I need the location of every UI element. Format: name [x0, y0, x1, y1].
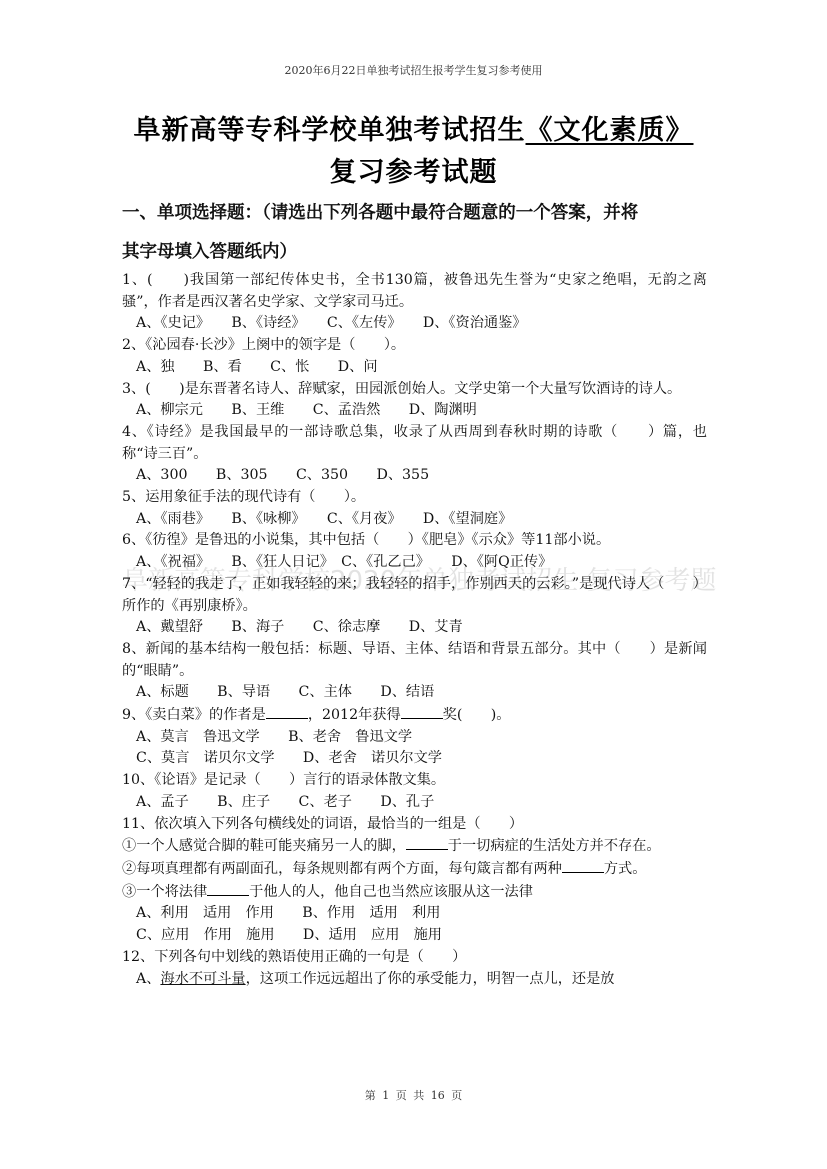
underlined-idiom: 海水不可斗量	[160, 971, 245, 987]
question-4: 4、《诗经》是我国最早的一部诗歌总集，收录了从西周到春秋时期的诗歌（ ）篇，也称…	[122, 422, 707, 465]
question-3: 3、( )是东晋著名诗人、辞赋家，田园派创始人。文学史第一个大量写饮酒诗的诗人。	[122, 379, 707, 401]
title-prefix: 阜新高等专科学校单独考试招生	[134, 115, 526, 146]
section-heading-cont: 其字母填入答题纸内）	[122, 238, 722, 263]
title-subject: 《文化素质》	[526, 115, 694, 146]
question-2: 2、《沁园春·长沙》上阕中的领字是（ ）。	[122, 335, 707, 357]
sentence-text: 方式。	[604, 861, 647, 877]
question-12-option-a: A、海水不可斗量，这项工作远远超出了你的承受能力，明智一点儿，还是放	[122, 969, 707, 991]
question-7-options: A、戴望舒 B、海子 C、徐志摩 D、艾青	[122, 617, 707, 639]
question-9-text-a: 9、《卖白菜》的作者是	[122, 707, 266, 723]
header-note: 2020年6月22日单独考试招生报考学生复习参考使用	[0, 62, 827, 78]
document-title: 阜新高等专科学校单独考试招生《文化素质》	[0, 108, 827, 147]
fill-blank	[406, 835, 448, 850]
question-list: 1、( )我国第一部纪传体史书，全书130篇，被鲁迅先生誉为“史家之绝唱，无韵之…	[122, 270, 707, 990]
question-5: 5、运用象征手法的现代诗有（ ）。	[122, 487, 707, 509]
question-11-sentence-1: ①一个人感觉合脚的鞋可能夹痛另一人的脚，于一切病症的生活处方并不存在。	[122, 835, 707, 858]
question-7: 7、“轻轻的我走了，正如我轻轻的来；我轻轻的招手，作别西天的云彩。”是现代诗人（…	[122, 574, 707, 617]
document-subtitle: 复习参考试题	[0, 150, 827, 189]
question-6-options: A、《祝福》 B、《狂人日记》 C、《孔乙己》 D、《阿Q正传》	[122, 552, 707, 574]
question-1: 1、( )我国第一部纪传体史书，全书130篇，被鲁迅先生誉为“史家之绝唱，无韵之…	[122, 270, 707, 313]
section-heading: 一、单项选择题：（请选出下列各题中最符合题意的一个答案，并将	[122, 199, 722, 224]
question-11: 11、依次填入下列各句横线处的词语，最恰当的一组是（ ）	[122, 814, 707, 836]
question-6: 6、《彷徨》是鲁迅的小说集，其中包括（ ）《肥皂》《示众》等11部小说。	[122, 530, 707, 552]
question-9-options-ab: A、莫言 鲁迅文学 B、老舍 鲁迅文学	[122, 727, 707, 749]
fill-blank	[266, 704, 308, 719]
question-2-options: A、独 B、看 C、怅 D、问	[122, 357, 707, 379]
fill-blank	[207, 881, 249, 896]
option-text: ，这项工作远远超出了你的承受能力，明智一点儿，还是放	[246, 971, 615, 987]
sentence-text: ③一个将法律	[122, 884, 207, 900]
question-9-text-c: 奖( )。	[443, 707, 511, 723]
option-label: A、	[136, 971, 160, 987]
question-4-options: A、300 B、305 C、350 D、355	[122, 465, 707, 487]
sentence-text: ①一个人感觉合脚的鞋可能夹痛另一人的脚，	[122, 838, 406, 854]
question-9-text-b: ，2012年获得	[308, 707, 401, 723]
fill-blank	[562, 858, 604, 873]
question-8-options: A、标题 B、导语 C、主体 D、结语	[122, 682, 707, 704]
question-9: 9、《卖白菜》的作者是，2012年获得奖( )。	[122, 704, 707, 727]
question-11-options-ab: A、利用 适用 作用 B、作用 适用 利用	[122, 903, 707, 925]
question-9-options-cd: C、莫言 诺贝尔文学 D、老舍 诺贝尔文学	[122, 748, 707, 770]
question-3-options: A、柳宗元 B、王维 C、孟浩然 D、陶渊明	[122, 400, 707, 422]
question-11-sentence-3: ③一个将法律于他人的人，他自己也当然应该服从这一法律	[122, 881, 707, 904]
sentence-text: 于他人的人，他自己也当然应该服从这一法律	[249, 884, 533, 900]
question-11-sentence-2: ②每项真理都有两副面孔，每条规则都有两个方面，每句箴言都有两种方式。	[122, 858, 707, 881]
page-footer: 第 1 页 共 16 页	[0, 1087, 827, 1103]
question-10-options: A、孟子 B、庄子 C、老子 D、孔子	[122, 792, 707, 814]
question-8: 8、新闻的基本结构一般包括：标题、导语、主体、结语和背景五部分。其中（ ）是新闻…	[122, 639, 707, 682]
fill-blank	[401, 704, 443, 719]
question-10: 10、《论语》是记录（ ）言行的语录体散文集。	[122, 770, 707, 792]
sentence-text: ②每项真理都有两副面孔，每条规则都有两个方面，每句箴言都有两种	[122, 861, 562, 877]
question-12: 12、下列各句中划线的熟语使用正确的一句是（ ）	[122, 947, 707, 969]
question-5-options: A、《雨巷》 B、《咏柳》 C、《月夜》 D、《望洞庭》	[122, 509, 707, 531]
question-1-options: A、《史记》 B、《诗经》 C、《左传》 D、《资治通鉴》	[122, 313, 707, 335]
question-11-options-cd: C、应用 作用 施用 D、适用 应用 施用	[122, 925, 707, 947]
sentence-text: 于一切病症的生活处方并不存在。	[448, 838, 661, 854]
